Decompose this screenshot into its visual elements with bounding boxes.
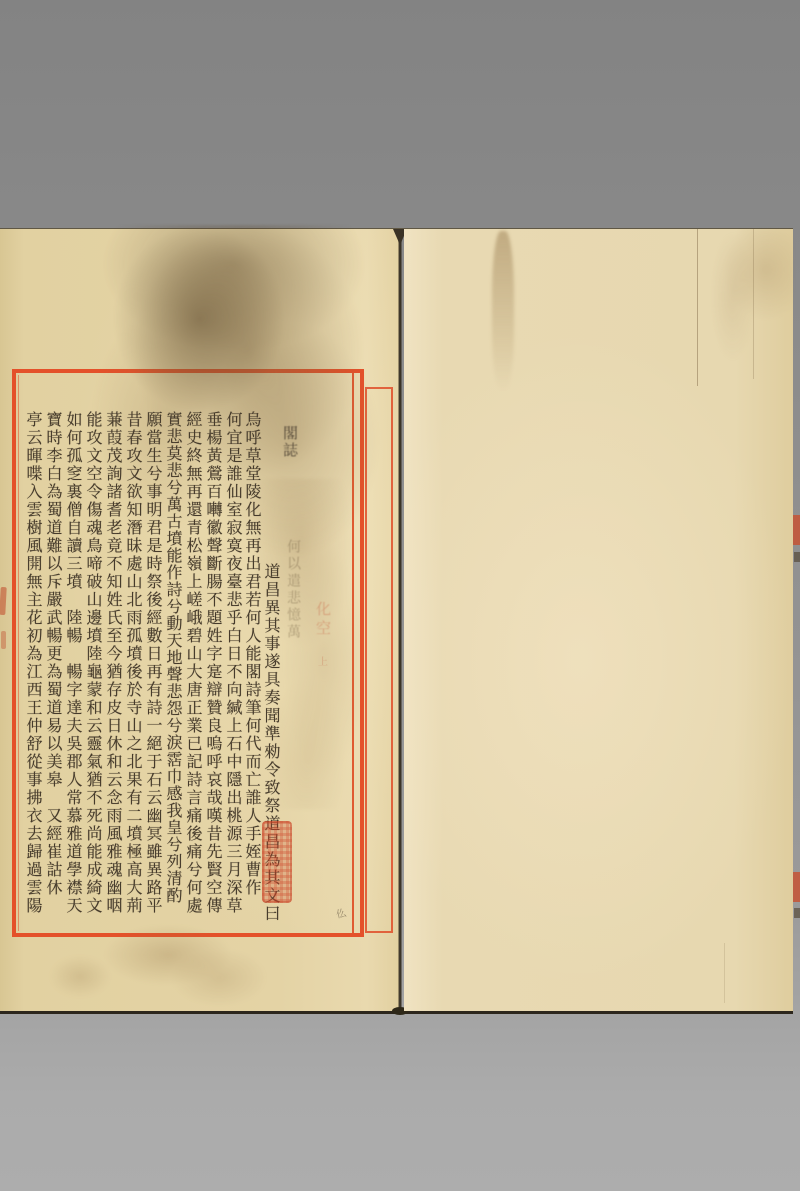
fore-edge-shadow bbox=[794, 552, 800, 562]
book-spread: 閣誌 何以遣悲憶萬 化空 上 道昌異其事遂具奏聞準勑令致祭道昌為其文曰 烏呼草堂… bbox=[0, 228, 793, 1014]
fore-edge-red-frame bbox=[793, 515, 800, 545]
text-column: 寶時李白為蜀道難以斥嚴武暢更為蜀道易以美皋 又經崔詁休 bbox=[43, 411, 63, 897]
text-column: 垂楊黃鶯百囀徽聲斷腸不題姓字寔辯贊良嗚呼哀哉嘆昔先賢空傳 bbox=[203, 411, 223, 915]
text-column: 烏呼草堂陵化無再出君若何人能閣詩筆何代而亡誰人手姪曹作 bbox=[242, 411, 262, 897]
right-page bbox=[404, 229, 793, 1011]
text-column: 經史終無再還青松嶺上嵯峨碧山大唐正業已記詩言痛後痛兮何處 bbox=[183, 411, 203, 915]
text-column: 如何孤窆裏僧自讀三墳 陸暢 暢字達夫吳郡人常慕雅道學襟天 bbox=[63, 411, 83, 915]
crease-line bbox=[724, 943, 725, 1003]
text-column: 能攻文空令傷魂鳥啼破山邊墳陸龜蒙和云靈氣猶不死尚能成綺文 bbox=[83, 411, 103, 915]
left-page: 閣誌 何以遣悲憶萬 化空 上 道昌異其事遂具奏聞準勑令致祭道昌為其文曰 烏呼草堂… bbox=[0, 229, 399, 1011]
collector-seal bbox=[262, 821, 292, 903]
washed-out-text: 何以遣悲憶萬 bbox=[283, 539, 303, 641]
crease-line bbox=[753, 229, 754, 379]
fore-edge-shadow bbox=[794, 908, 800, 918]
text-column: 願當生兮事明君是時祭後經數日再有詩一絕于石云幽冥雖異路平 bbox=[143, 411, 163, 915]
scanned-manuscript: { "scan": { "background_color": "#909090… bbox=[0, 0, 800, 1191]
text-column: 實悲莫悲兮萬古墳能作詩兮動天地聲悲怨兮淚霑巾感我皇兮列清酌 bbox=[163, 411, 183, 904]
fore-edge-red-frame bbox=[793, 872, 800, 902]
spine-label-mark bbox=[1, 631, 6, 649]
left-page-margin-strip bbox=[365, 387, 393, 933]
heading-fragment: 閣誌 bbox=[280, 425, 301, 459]
text-column: 何宜是誰仙室寂寞夜臺悲乎白日不向緘上石中隱出桃源三月深草 bbox=[223, 411, 243, 915]
crease-line bbox=[697, 229, 698, 386]
text-column: 亭云暉喋入雲樹風開無主花初為江西王仲舒從事拂衣去歸過雲陽 bbox=[23, 411, 43, 915]
faded-seal-text-small: 上 bbox=[318, 653, 328, 668]
text-column: 昔春攻文欲知潛昧處山北雨孤墳後於寺山之北果有二墳極高大荊 bbox=[123, 411, 143, 915]
faded-seal-text: 化空 bbox=[313, 601, 334, 639]
gutter bbox=[398, 229, 402, 1011]
spine-label-mark bbox=[0, 587, 7, 615]
text-column: 蒹葭茂詢諸耆老竟不知姓氏至今猶存皮日休和云念雨風雅魂幽咽 bbox=[103, 411, 123, 915]
water-stain-bottom-small bbox=[40, 949, 120, 1004]
stain-streak bbox=[492, 231, 514, 391]
corner-stain bbox=[700, 229, 793, 364]
